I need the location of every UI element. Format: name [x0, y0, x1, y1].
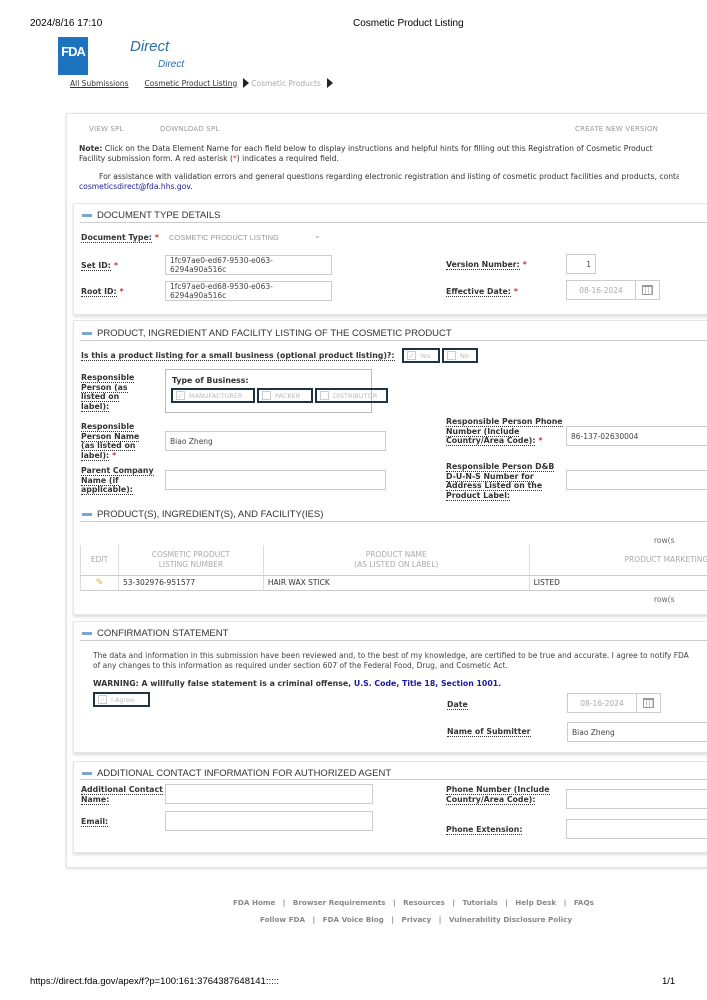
footer-link[interactable]: FDA Voice Blog	[323, 915, 384, 924]
footer-separator: |	[431, 915, 449, 924]
yes-checkbox[interactable]: ✓Yes	[402, 348, 440, 363]
assist-text: For assistance with validation errors an…	[79, 172, 679, 182]
parent-company-label[interactable]: Parent Company Name (if applicable):	[81, 466, 161, 495]
us-code-link[interactable]: U.S. Code, Title 18, Section 1001.	[354, 679, 501, 688]
manufacturer-checkbox[interactable]: ✓MANUFACTURER	[171, 388, 255, 403]
duns-field[interactable]	[566, 470, 707, 490]
section-title: DOCUMENT TYPE DETAILS	[82, 210, 221, 221]
footer-links-row1: FDA Home | Browser Requirements | Resour…	[233, 898, 594, 907]
type-of-business-label: Type of Business:	[172, 376, 249, 386]
breadcrumb-current: Cosmetic Products	[251, 79, 321, 88]
confirmation-section: CONFIRMATION STATEMENT The data and info…	[73, 621, 707, 753]
collapse-icon[interactable]	[82, 632, 92, 635]
email-label[interactable]: Email:	[81, 817, 108, 827]
logo-text: FDA	[61, 44, 85, 59]
submitter-field[interactable]: Biao Zheng	[567, 722, 707, 742]
root-id-field[interactable]: 1fc97ae0-ed68-9530-e063-6294a90a516c	[165, 281, 332, 301]
footer-link[interactable]: Tutorials	[462, 898, 497, 907]
note-text: Note: Click on the Data Element Name for…	[79, 144, 707, 192]
footer-link[interactable]: Privacy	[401, 915, 431, 924]
footer-link[interactable]: Resources	[403, 898, 445, 907]
table-row: ✎53-302976-951577HAIR WAX STICKLISTED	[81, 575, 707, 590]
calendar-button[interactable]	[636, 280, 660, 300]
footer-link[interactable]: Follow FDA	[260, 915, 305, 924]
agent-section: ADDITIONAL CONTACT INFORMATION FOR AUTHO…	[73, 761, 707, 853]
section-title-text: DOCUMENT TYPE DETAILS	[97, 210, 221, 221]
contact-name-label[interactable]: Additional Contact Name:	[81, 785, 171, 804]
cell-product-name: HAIR WAX STICK	[263, 575, 529, 590]
rp-name-label[interactable]: Responsible Person Name (as listed on la…	[81, 422, 143, 460]
agent-phone-field[interactable]	[566, 789, 707, 809]
calendar-button[interactable]	[637, 693, 661, 713]
footer-link[interactable]: Browser Requirements	[293, 898, 386, 907]
check-icon: ✓	[407, 351, 416, 360]
footer-link[interactable]: Vulnerability Disclosure Policy	[449, 915, 572, 924]
note-body: Click on the Data Element Name for each …	[79, 144, 653, 163]
section-title-text: PRODUCT(S), INGREDIENT(S), AND FACILITY(…	[97, 509, 323, 520]
app-name: Direct	[130, 38, 169, 55]
view-spl-button[interactable]: VIEW SPL	[89, 125, 124, 133]
app-subname: Direct	[158, 59, 184, 70]
column-header[interactable]: PRODUCT NAME(AS LISTED ON LABEL)	[263, 545, 529, 575]
section-title-text: CONFIRMATION STATEMENT	[97, 628, 228, 639]
print-page-number: 1/1	[662, 976, 675, 987]
document-type-section: DOCUMENT TYPE DETAILS Document Type:* CO…	[73, 203, 707, 315]
responsible-person-label[interactable]: Responsible Person (as listed on label):	[81, 373, 146, 411]
breadcrumb-cosmetic-product-listing[interactable]: Cosmetic Product Listing	[145, 79, 238, 88]
listing-section: PRODUCT, INGREDIENT AND FACILITY LISTING…	[73, 320, 707, 615]
print-url: https://direct.fda.gov/apex/f?p=100:161:…	[30, 976, 279, 987]
small-business-label[interactable]: Is this a product listing for a small bu…	[81, 351, 395, 361]
column-header[interactable]: COSMETIC PRODUCTLISTING NUMBER	[118, 545, 263, 575]
document-type-label[interactable]: Document Type:*	[81, 233, 159, 243]
distributor-checkbox[interactable]: DISTRIBUTOR	[315, 388, 388, 403]
section-title-text: ADDITIONAL CONTACT INFORMATION FOR AUTHO…	[97, 768, 391, 779]
rows-count-bottom: row(s	[654, 595, 674, 604]
breadcrumb-separator-icon	[243, 78, 249, 88]
footer-separator: |	[445, 898, 463, 907]
duns-label[interactable]: Responsible Person D&B D-U-N-S Number fo…	[446, 462, 566, 500]
collapse-icon[interactable]	[82, 332, 92, 335]
email-suffix: .	[190, 182, 192, 191]
type-of-business-group: Type of Business: ✓MANUFACTURER PACKER D…	[165, 369, 372, 413]
note-body-end: ) indicates a required field.	[237, 154, 339, 163]
phone-extension-field[interactable]	[566, 819, 707, 839]
support-email-link[interactable]: cosmeticsdirect@fda.hhs.gov	[79, 182, 190, 191]
cell-status: LISTED	[529, 575, 707, 590]
footer-link[interactable]: FAQs	[574, 898, 594, 907]
section-title-text: PRODUCT, INGREDIENT AND FACILITY LISTING…	[97, 328, 452, 339]
footer-links-row2: Follow FDA | FDA Voice Blog | Privacy | …	[260, 915, 572, 924]
rp-name-field[interactable]: Biao Zheng	[165, 431, 386, 451]
note-label: Note:	[79, 144, 102, 153]
footer-link[interactable]: Help Desk	[515, 898, 556, 907]
confirmation-date-field[interactable]: 08-16-2024	[567, 693, 637, 713]
root-id-label[interactable]: Root ID:*	[81, 287, 124, 297]
set-id-label[interactable]: Set ID:*	[81, 261, 118, 271]
version-number-field[interactable]: 1	[566, 254, 596, 274]
print-datetime: 2024/8/16 17:10	[30, 18, 102, 29]
agent-email-field[interactable]	[165, 811, 373, 831]
set-id-field[interactable]: 1fc97ae0-ed67-9530-e063-6294a90a516c	[165, 255, 332, 275]
collapse-icon[interactable]	[82, 513, 92, 516]
footer-separator: |	[384, 915, 402, 924]
agent-phone-label[interactable]: Phone Number (Include Country/Area Code)…	[446, 785, 556, 804]
i-agree-checkbox[interactable]: ✓I Agree	[93, 692, 150, 707]
calendar-icon	[642, 285, 653, 295]
packer-checkbox[interactable]: PACKER	[257, 388, 313, 403]
breadcrumb: All Submissions Cosmetic Product Listing…	[70, 78, 333, 88]
products-table: EDITCOSMETIC PRODUCTLISTING NUMBERPRODUC…	[80, 545, 707, 591]
footer-separator: |	[275, 898, 293, 907]
contact-name-field[interactable]	[165, 784, 373, 804]
warning-text: WARNING: A willfully false statement is …	[93, 679, 501, 688]
download-spl-button[interactable]: DOWNLOAD SPL	[160, 125, 219, 133]
footer-separator: |	[305, 915, 323, 924]
column-header[interactable]: EDIT	[81, 545, 119, 575]
collapse-icon[interactable]	[82, 214, 92, 217]
print-title: Cosmetic Product Listing	[353, 18, 464, 29]
date-label[interactable]: Date	[447, 700, 468, 710]
phone-extension-label[interactable]: Phone Extension:	[446, 825, 522, 835]
footer-separator: |	[556, 898, 574, 907]
rp-phone-label[interactable]: Responsible Person Phone Number (Include…	[446, 417, 568, 446]
rp-phone-field[interactable]: 86-137-02630004	[566, 426, 707, 446]
cell-listing-number: 53-302976-951577	[118, 575, 263, 590]
column-header[interactable]: PRODUCT MARKETING ST	[529, 545, 707, 575]
breadcrumb-all-submissions[interactable]: All Submissions	[70, 79, 129, 88]
create-new-version-button[interactable]: CREATE NEW VERSION	[575, 125, 658, 133]
collapse-icon[interactable]	[82, 772, 92, 775]
document-type-select[interactable]: COSMETIC PRODUCT LISTING	[169, 233, 279, 242]
effective-date-field[interactable]: 08-16-2024	[566, 280, 636, 300]
products-subsection-title: PRODUCT(S), INGREDIENT(S), AND FACILITY(…	[82, 509, 323, 520]
parent-company-field[interactable]	[165, 470, 386, 490]
submitter-label[interactable]: Name of Submitter	[447, 727, 531, 737]
chevron-down-icon[interactable]: ⌄	[314, 231, 321, 240]
fda-logo[interactable]: FDA	[58, 37, 88, 75]
breadcrumb-arrow-icon	[327, 78, 333, 88]
footer-separator: |	[498, 898, 516, 907]
footer-separator: |	[385, 898, 403, 907]
calendar-icon	[643, 698, 654, 708]
rows-count-top: row(s	[654, 536, 674, 545]
version-number-label[interactable]: Version Number:*	[446, 260, 527, 270]
edit-pencil-icon[interactable]: ✎	[96, 578, 104, 588]
confirmation-text: The data and information in this submiss…	[93, 651, 693, 671]
effective-date-label[interactable]: Effective Date:*	[446, 287, 518, 297]
no-checkbox[interactable]: No	[442, 348, 478, 363]
footer-link[interactable]: FDA Home	[233, 898, 275, 907]
